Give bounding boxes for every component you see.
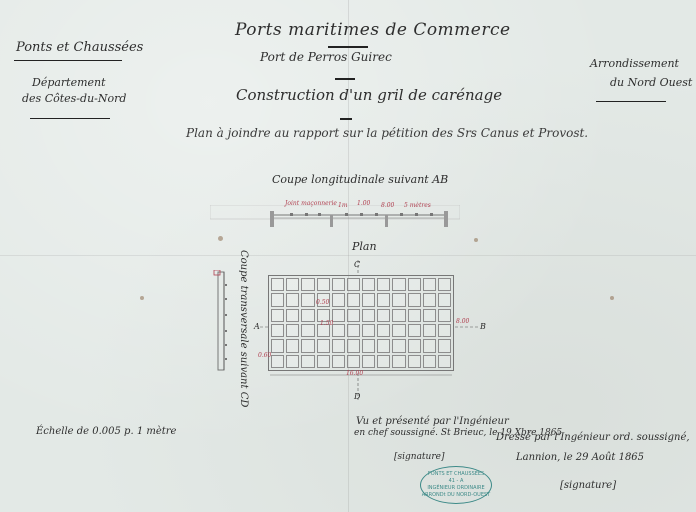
- stamp-line-4: ARRONDt DU NORD-OUEST: [421, 492, 491, 499]
- drawn-by-line-1: Dressé par l'Ingénieur ord. soussigné,: [496, 432, 690, 443]
- stamp-line-2: 41 - A: [421, 478, 491, 485]
- stain-spot: [474, 238, 478, 242]
- longitudinal-section-title: Coupe longitudinale suivant AB: [272, 173, 448, 186]
- stain-spot: [218, 236, 223, 241]
- section-dim-1: 1m: [338, 202, 348, 209]
- district-name: du Nord Ouest: [610, 76, 692, 89]
- document-title: Ports maritimes de Commerce: [235, 20, 511, 40]
- plan-title: Plan: [352, 240, 377, 253]
- axis-label-b: B: [480, 322, 486, 331]
- port-name: Port de Perros Guirec: [260, 50, 392, 64]
- stain-spot: [140, 296, 144, 300]
- plan-axis-lines: [240, 255, 490, 405]
- axis-label-a: A: [254, 322, 260, 331]
- section-dim-joint: Joint maçonnerie: [285, 200, 337, 207]
- engineer-signature: [signature]: [560, 480, 616, 491]
- visa-line-1: Vu et présenté par l'Ingénieur: [356, 416, 509, 427]
- plan-dim-inner-1: 0.50: [316, 299, 329, 306]
- service-rule: [14, 60, 122, 61]
- scale-note: Échelle de 0.005 p. 1 mètre: [36, 426, 176, 437]
- plan-dim-height: 8.00: [456, 318, 469, 325]
- title-rule: [328, 46, 368, 48]
- section-dim-3: 8.00: [381, 202, 394, 209]
- plan-dim-inner-3: 0.60: [258, 352, 271, 359]
- plan-dim-width: 16.00: [346, 370, 363, 377]
- transverse-section-drawing: [212, 270, 232, 372]
- project-rule: [340, 118, 352, 120]
- plan-subtitle: Plan à joindre au rapport sur la pétitio…: [186, 126, 588, 140]
- district-label: Arrondissement: [590, 57, 679, 70]
- project-title: Construction d'un gril de carénage: [236, 86, 502, 104]
- department-rule: [30, 118, 110, 119]
- department-label: Département: [32, 76, 106, 89]
- stamp-line-3: INGÉNIEUR ORDINAIRE: [421, 485, 491, 492]
- section-dim-4: 5 mètres: [404, 202, 431, 209]
- service-name: Ponts et Chaussées: [16, 40, 143, 55]
- axis-label-d: D: [354, 392, 360, 401]
- chief-engineer-signature: [signature]: [394, 452, 444, 462]
- drawn-by-line-2: Lannion, le 29 Août 1865: [516, 452, 644, 463]
- plan-dim-inner-2: 1.50: [320, 320, 333, 327]
- port-rule: [335, 78, 355, 80]
- stamp-line-1: PONTS ET CHAUSSÉES: [421, 471, 491, 478]
- section-dim-2: 1.00: [357, 200, 370, 207]
- district-rule: [596, 101, 666, 102]
- axis-label-c: C: [354, 260, 360, 269]
- department-name: des Côtes-du-Nord: [22, 92, 126, 105]
- stain-spot: [610, 296, 614, 300]
- official-stamp: PONTS ET CHAUSSÉES 41 - A INGÉNIEUR ORDI…: [420, 466, 492, 504]
